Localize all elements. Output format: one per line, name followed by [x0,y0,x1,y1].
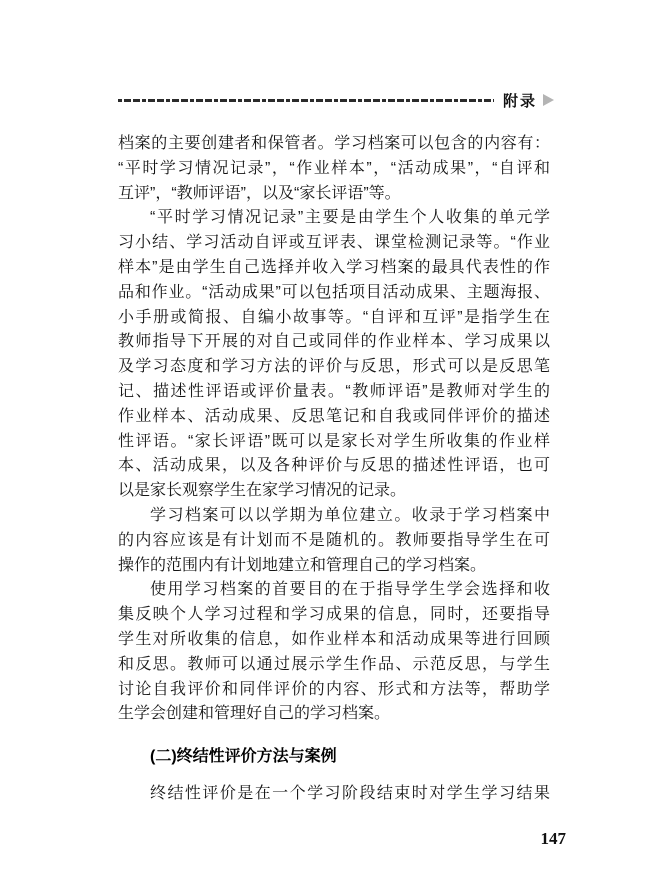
text-line: “平时学习情况记录”，“作业样本”，“活动成果”，“自评和 [118,157,550,182]
text-line: 讨论自我评价和同伴评价的内容、形式和方法等，帮助学 [118,678,550,703]
text-line: 和反思。教师可以通过展示学生作品、示范反思，与学生 [118,653,550,678]
running-header: 附录 [118,91,554,109]
text-line: 终结性评价是在一个学习阶段结束时对学生学习结果 [118,782,550,807]
text-line: 记、描述性评语或评价量表。“教师评语”是教师对学生的 [118,380,550,405]
right-triangle-icon [543,94,554,106]
text-line: 作业样本、活动成果、反思笔记和自我或同伴评价的描述 [118,405,550,430]
body-text-block: 档案的主要创建者和保管者。学习档案可以包含的内容有：“平时学习情况记录”，“作业… [118,132,550,807]
text-line: 档案的主要创建者和保管者。学习档案可以包含的内容有： [118,132,550,157]
text-line: 学习档案可以以学期为单位建立。收录于学习档案中 [118,504,550,529]
header-dotted-rule [118,99,494,102]
text-line: 本、活动成果，以及各种评价与反思的描述性评语，也可 [118,454,550,479]
text-line: 互评”，“教师评语”，以及“家长评语”等。 [118,182,550,207]
text-line: 样本”是由学生自己选择并收入学习档案的最具代表性的作 [118,256,550,281]
text-line: 操作的范围内有计划地建立和管理自己的学习档案。 [118,554,550,579]
text-line: 使用学习档案的首要目的在于指导学生学会选择和收 [118,578,550,603]
text-line: 小手册或简报、自编小故事等。“自评和互评”是指学生在 [118,306,550,331]
text-line: 教师指导下开展的对自己或同伴的作业样本、学习成果以 [118,330,550,355]
text-line: 学生对所收集的信息，如作业样本和活动成果等进行回顾 [118,628,550,653]
text-line: 的内容应该是有计划而不是随机的。教师要指导学生在可 [118,529,550,554]
text-line: 性评语。“家长评语”既可以是家长对学生所收集的作业样 [118,430,550,455]
text-line: 品和作业。“活动成果”可以包括项目活动成果、主题海报、 [118,281,550,306]
page-number: 147 [541,829,567,849]
text-line: 集反映个人学习过程和学习成果的信息，同时，还要指导 [118,603,550,628]
section-heading: (二)终结性评价方法与案例 [118,745,550,770]
text-line: 及学习态度和学习方法的评价与反思，形式可以是反思笔 [118,355,550,380]
text-line: 习小结、学习活动自评或互评表、课堂检测记录等。“作业 [118,231,550,256]
text-line: 以是家长观察学生在家学习情况的记录。 [118,479,550,504]
header-section-label: 附录 [503,90,537,111]
text-line: 生学会创建和管理好自己的学习档案。 [118,702,550,727]
book-page: 附录 档案的主要创建者和保管者。学习档案可以包含的内容有：“平时学习情况记录”，… [0,0,668,891]
text-line: “平时学习情况记录”主要是由学生个人收集的单元学 [118,206,550,231]
